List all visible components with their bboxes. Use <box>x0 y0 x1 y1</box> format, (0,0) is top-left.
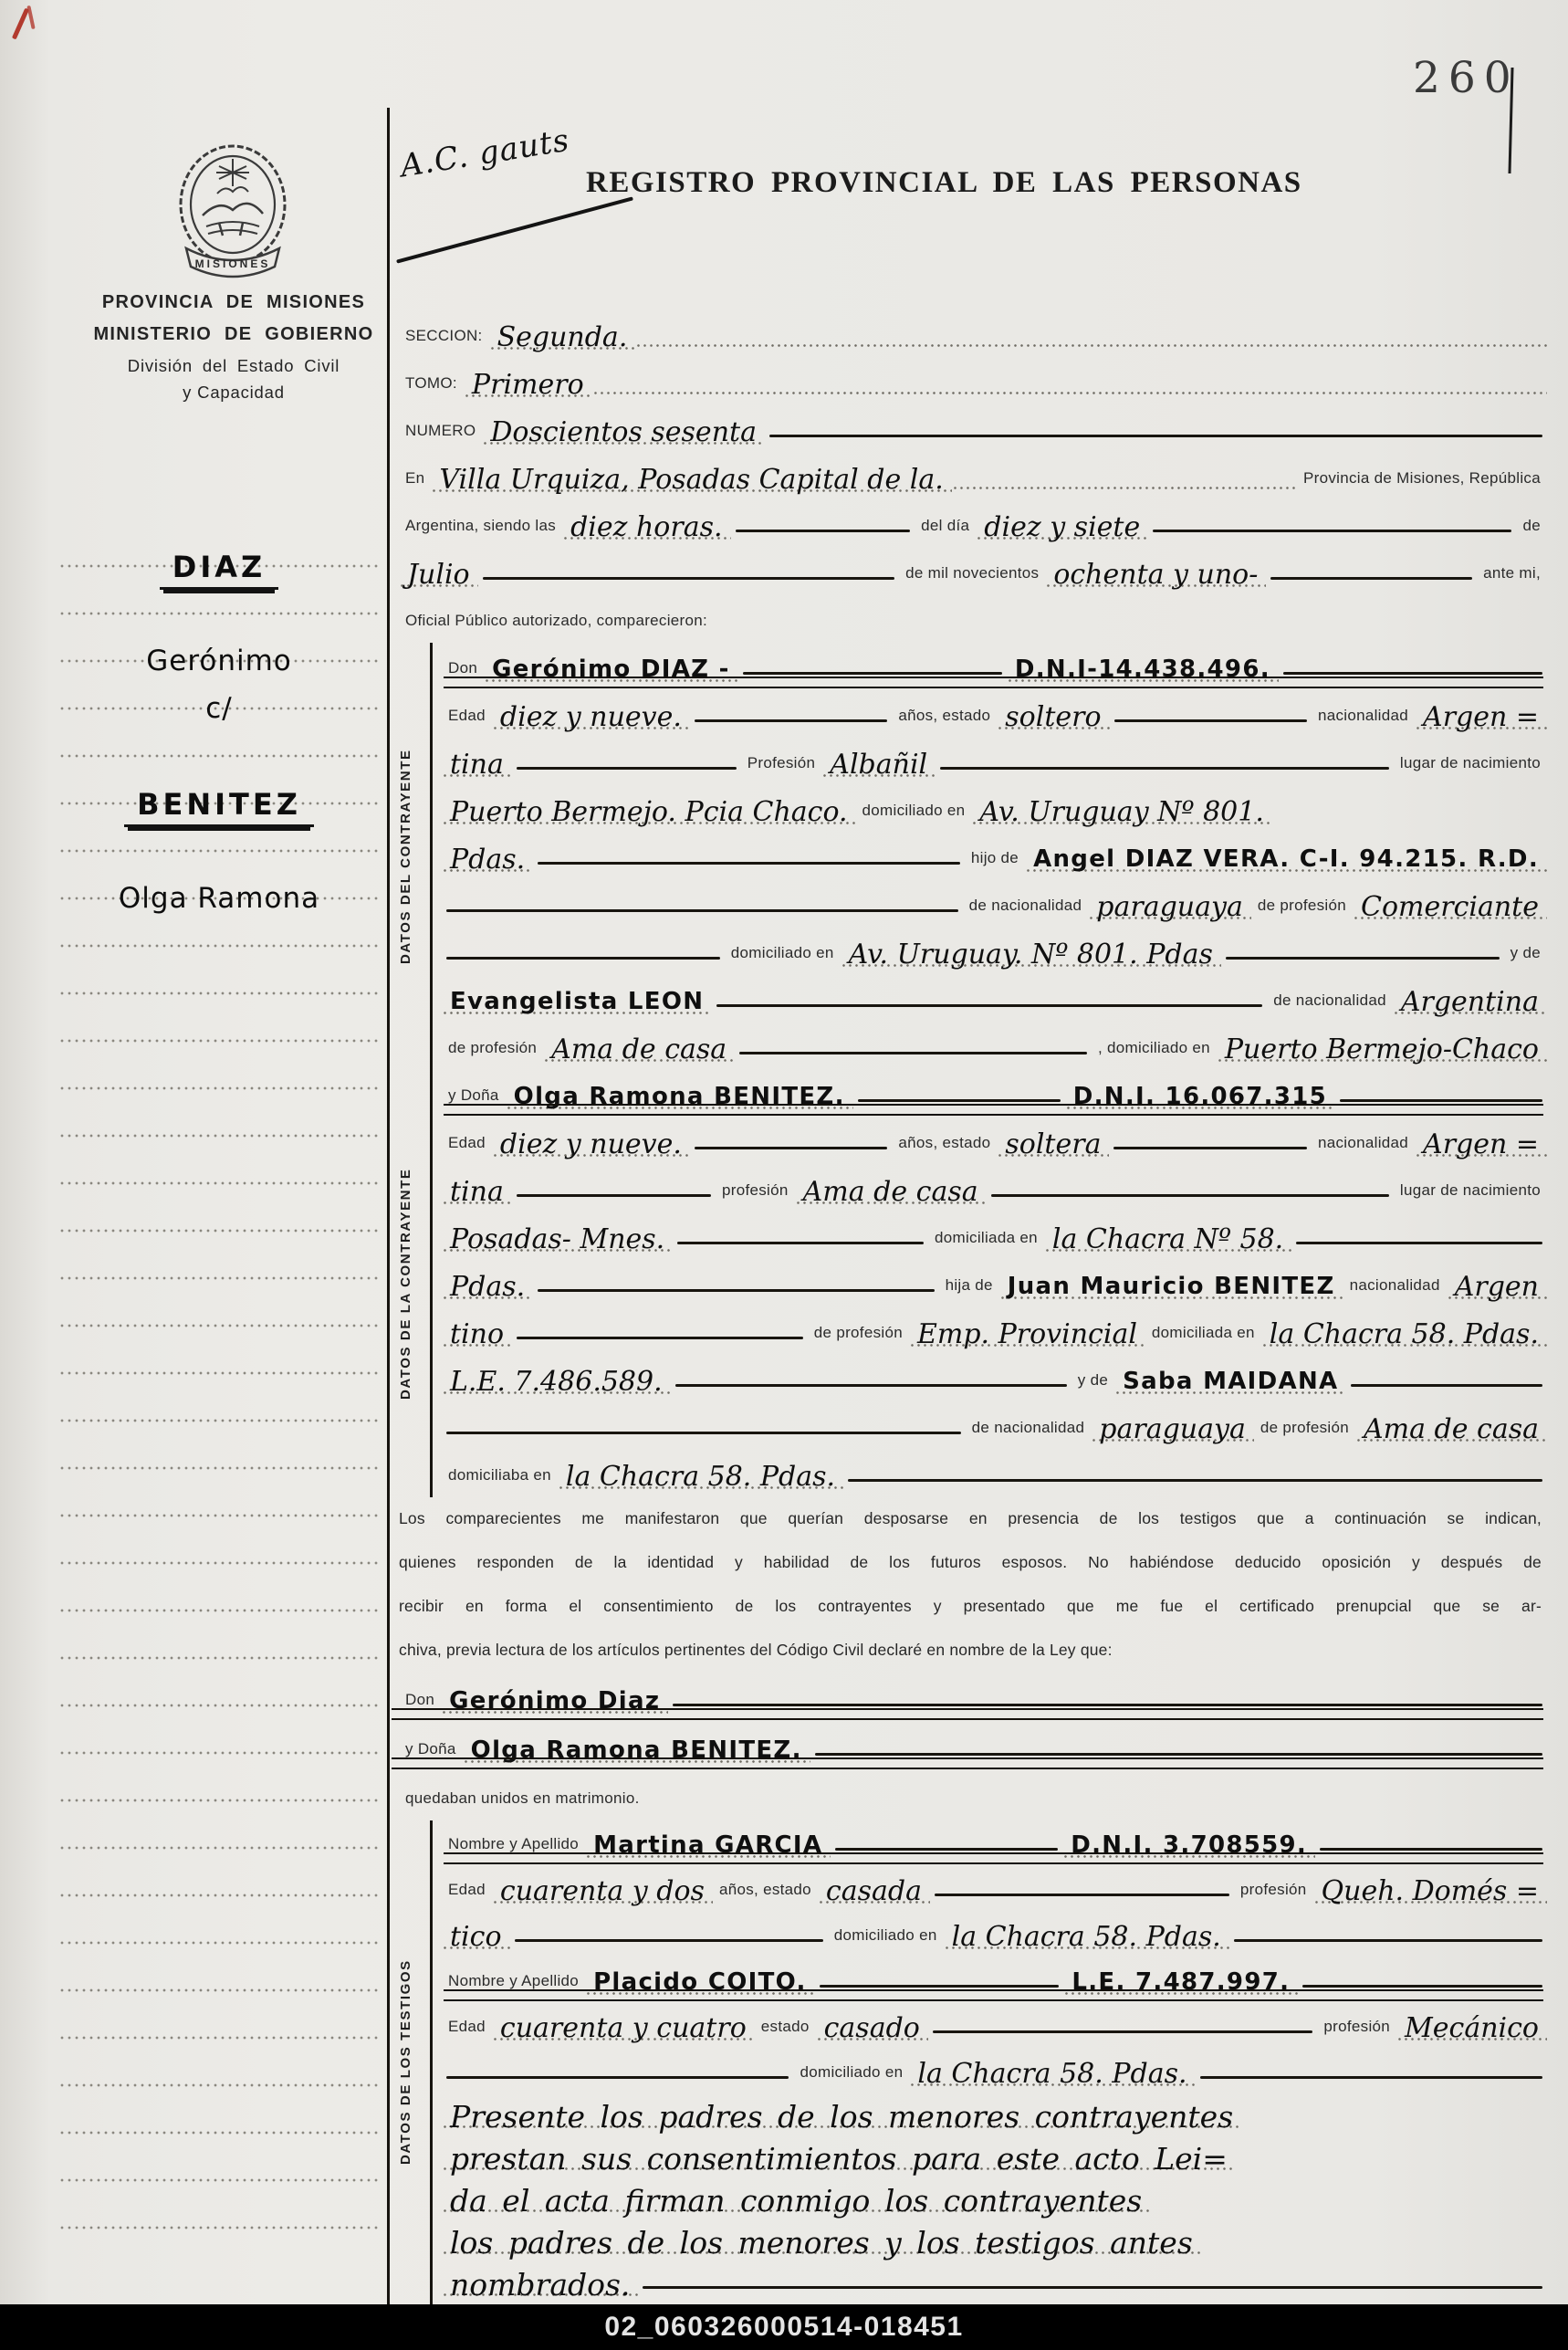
nmadre-domicilio: domiciliaba enla Chacra 58. Pdas. <box>442 1450 1547 1497</box>
handwritten-value: la Chacra 58. Pdas. <box>558 1461 843 1497</box>
handwritten-value: Av. Uruguay Nº 801. <box>971 796 1271 833</box>
official-initials-annotation: A.C. gauts <box>398 122 572 185</box>
handwritten-value: cuarenta y cuatro <box>492 2012 755 2049</box>
padre-nacionalidad-profesion: de nacionalidadparaguayade profesiónCome… <box>442 880 1547 928</box>
pen-dash <box>671 1355 1071 1402</box>
printed-label: de profesión <box>442 1039 543 1070</box>
case-name-text: Olga Ramona <box>106 882 332 918</box>
printed-label: de <box>1516 517 1547 548</box>
pen-dash <box>853 1070 1065 1117</box>
novio-padre: Pdas.hijo deAngel DIAZ VERA. C-I. 94.215… <box>442 833 1547 880</box>
novio-nombre: DonGerónimo DIAZ -D.N.I-14.438.496. <box>442 643 1547 690</box>
handwritten-value: da el acta firman conmigo los contrayent… <box>442 2183 1150 2220</box>
pen-dash <box>1229 1912 1547 1957</box>
declaracion-dona: y DoñaOlga Ramona BENITEZ. <box>390 1722 1547 1771</box>
novia-nacimiento-domicilio: Posadas- Mnes.domiciliada enla Chacra Nº… <box>442 1212 1547 1260</box>
pen-dash <box>1346 1355 1547 1402</box>
form-section: DATOS DE LA CONTRAYENTEy DoñaOlga Ramona… <box>390 1070 1547 1497</box>
printed-label: de nacionalidad <box>966 1419 1092 1450</box>
case-name-text: BENITEZ <box>124 787 314 827</box>
printed-label: SECCION: <box>399 327 489 358</box>
handwritten-value: L.E. 7.486.589. <box>442 1366 671 1402</box>
handwritten-name: Juan Mauricio BENITEZ <box>999 1273 1343 1307</box>
handwritten-value: diez y nueve. <box>492 1128 690 1165</box>
printed-label: nacionalidad <box>1312 707 1415 738</box>
handwritten-value: Pdas. <box>442 844 533 880</box>
page-number: 260 <box>1413 53 1520 103</box>
pen-dash <box>987 1165 1394 1212</box>
handwritten-value: paraguaya <box>1088 891 1251 928</box>
handwritten-value: Argen = <box>1415 701 1547 738</box>
pen-dash <box>690 1117 893 1165</box>
document-title: REGISTRO PROVINCIAL DE LAS PERSONAS <box>586 166 1302 200</box>
printed-label: Edad <box>442 707 492 738</box>
handwritten-name: Angel DIAZ VERA. C-I. 94.215. R.D. <box>1025 845 1547 880</box>
dotted-leader <box>952 453 1297 500</box>
printed-label: Profesión <box>741 754 822 785</box>
printed-label: Nombre y Apellido <box>442 1835 585 1866</box>
handwritten-value: Ama de casa <box>1355 1413 1547 1450</box>
testigo1-edad-estado: Edadcuarenta y dosaños, estadocasadaprof… <box>442 1866 1547 1912</box>
npadre-le-madre: L.E. 7.486.589.y deSaba MAIDANA <box>442 1355 1547 1402</box>
handwritten-value: Posadas- Mnes. <box>442 1223 673 1260</box>
pen-dash <box>815 1957 1064 2003</box>
printed-label: del día <box>915 517 976 548</box>
handwritten-value: soltera <box>997 1128 1109 1165</box>
handwritten-value: paraguaya <box>1091 1413 1254 1450</box>
annotation-underline-stroke <box>396 196 633 263</box>
legal-paragraph-line: chiva, previa lectura de los artículos p… <box>390 1629 1547 1673</box>
handwritten-name: Gerónimo DIAZ - <box>484 656 738 690</box>
legal-paragraph-line: quienes responden de la identidad y habi… <box>390 1541 1547 1585</box>
handwritten-value: Av. Uruguay. Nº 801. Pdas <box>841 939 1221 975</box>
case-name-text: c/ <box>193 692 246 728</box>
section-rows: y DoñaOlga Ramona BENITEZ.D.N.I. 16.067.… <box>430 1070 1547 1497</box>
pen-dash <box>930 1866 1234 1912</box>
novio-nacimiento-domicilio: Puerto Bermejo. Pcia Chaco.domiciliado e… <box>442 785 1547 833</box>
handwritten-value: nombrados. <box>442 2267 638 2304</box>
printed-label: domiciliada en <box>928 1229 1044 1260</box>
printed-label: Edad <box>442 1134 492 1165</box>
pen-dash <box>928 2003 1318 2049</box>
handwritten-value: la Chacra 58. Pdas. <box>944 1921 1229 1957</box>
pen-dash <box>442 2049 793 2094</box>
handwritten-value: Argen <box>1447 1271 1547 1307</box>
handwritten-value: Puerto Bermejo. Pcia Chaco. <box>442 796 856 833</box>
nmadre-nacionalidad-profesion: de nacionalidadparaguayade profesiónAma … <box>442 1402 1547 1450</box>
form-group: DonGerónimo Diazy DoñaOlga Ramona BENITE… <box>390 1673 1547 1820</box>
printed-label: Don <box>399 1691 441 1722</box>
printed-label: Oficial Público autorizado, compareciero… <box>399 612 714 643</box>
oficial: Oficial Público autorizado, compareciero… <box>390 595 1547 643</box>
handwritten-value: soltero <box>997 701 1109 738</box>
pen-dash <box>512 1165 716 1212</box>
novio-nacionalidad-profesion: tinaProfesiónAlbañillugar de nacimiento <box>442 738 1547 785</box>
handwritten-value: Primero <box>464 369 592 405</box>
org-block: PROVINCIA DE MISIONES MINISTERIO DE GOBI… <box>73 292 394 403</box>
handwritten-value: Pdas. <box>442 1271 533 1307</box>
seal-ribbon-text: MISIONES <box>195 257 271 270</box>
quedaban-unidos: quedaban unidos en matrimonio. <box>390 1771 1547 1820</box>
declaracion-don: DonGerónimo Diaz <box>390 1673 1547 1722</box>
form-group: Los comparecientes me manifestaron que q… <box>390 1497 1547 1673</box>
org-line-1: PROVINCIA DE MISIONES <box>73 292 394 313</box>
pen-dash <box>765 405 1547 453</box>
nota-4: los padres de los menores y los testigos… <box>442 2220 1547 2262</box>
handwritten-value: Argentina <box>1393 986 1547 1023</box>
printed-label: y de <box>1504 944 1547 975</box>
org-line-2: MINISTERIO DE GOBIERNO <box>73 324 394 345</box>
printed-label: de profesión <box>808 1324 909 1355</box>
case-name-line: c/ <box>57 692 382 728</box>
section-label-text: DATOS DE LA CONTRAYENTE <box>398 1070 413 1497</box>
handwritten-value: Comerciante <box>1353 891 1547 928</box>
scanned-marriage-certificate: 260 MISIONES PROVINCIA DE MISIONES MINIS… <box>0 0 1568 2350</box>
pen-dash <box>512 1307 808 1355</box>
handwritten-name: Saba MAIDANA <box>1114 1368 1346 1402</box>
handwritten-value: diez y siete <box>976 511 1148 548</box>
handwritten-name: Gerónimo Diaz <box>441 1687 668 1722</box>
handwritten-value: cuarenta y dos <box>492 1875 713 1912</box>
handwritten-name: Martina GARCIA <box>585 1831 831 1866</box>
printed-label: , domiciliado en <box>1092 1039 1217 1070</box>
printed-label: Nombre y Apellido <box>442 1972 585 2003</box>
nota-2: prestan sus consentimientos para este ac… <box>442 2136 1547 2178</box>
handwritten-value: Doscientos sesenta <box>482 416 765 453</box>
seccion: SECCION:Segunda. <box>390 310 1547 358</box>
dotted-leader <box>592 358 1547 405</box>
madre-profesion-domicilio: de profesiónAma de casa, domiciliado enP… <box>442 1023 1547 1070</box>
printed-label: y de <box>1071 1371 1114 1402</box>
dotted-leader <box>635 310 1547 358</box>
handwritten-value: diez y nueve. <box>492 701 690 738</box>
nota-3: da el acta firman conmigo los contrayent… <box>442 2178 1547 2220</box>
printed-label: de profesión <box>1254 1419 1355 1450</box>
printed-label: lugar de nacimiento <box>1394 1181 1547 1212</box>
section-rows: Nombre y ApellidoMartina GARCIAD.N.I. 3.… <box>430 1820 1547 2304</box>
handwritten-value: diez horas. <box>562 511 730 548</box>
handwritten-value: Mecánico <box>1396 2012 1547 2049</box>
pen-dash <box>533 833 965 880</box>
handwritten-name: Olga Ramona BENITEZ. <box>506 1083 853 1117</box>
pen-dash <box>936 738 1394 785</box>
printed-label: hijo de <box>965 849 1025 880</box>
pen-dash <box>1279 643 1547 690</box>
novio-madre: Evangelista LEONde nacionalidadArgentina <box>442 975 1547 1023</box>
case-name-line: Gerónimo <box>57 645 382 680</box>
misiones-seal: MISIONES <box>173 139 292 285</box>
printed-label: profesión <box>1317 2018 1396 2049</box>
printed-label: de profesión <box>1251 897 1353 928</box>
handwritten-name: Evangelista LEON <box>442 988 712 1023</box>
case-name-text: Gerónimo <box>133 645 305 680</box>
pen-dash <box>1196 2049 1547 2094</box>
handwritten-value: Queh. Domés = <box>1313 1875 1547 1912</box>
handwritten-value: Segunda. <box>489 321 636 358</box>
pen-dash <box>1291 1212 1547 1260</box>
legal-paragraph-line: recibir en forma el consentimiento de lo… <box>390 1585 1547 1629</box>
handwritten-name: D.N.I. 3.708559. <box>1062 1831 1315 1866</box>
printed-label: de nacionalidad <box>1267 991 1393 1023</box>
org-line-4: y Capacidad <box>73 383 394 403</box>
pen-dash <box>673 1212 928 1260</box>
handwritten-value: casada <box>818 1875 930 1912</box>
fecha-mes-anio: Juliode mil novecientosochenta y uno-ant… <box>390 548 1547 595</box>
case-name-line: BENITEZ <box>57 787 382 827</box>
form-section: DATOS DE LOS TESTIGOSNombre y ApellidoMa… <box>390 1820 1547 2304</box>
margin-ruled-area: DIAZGerónimoc/BENITEZOlga Ramona <box>57 548 382 2257</box>
testigo2-nombre: Nombre y ApellidoPlacido COITO.L.E. 7.48… <box>442 1957 1547 2003</box>
digitization-stamp-text: 02_060326000514-018451 <box>604 2312 963 2343</box>
handwritten-value: Argen = <box>1415 1128 1547 1165</box>
lugar: EnVilla Urquiza, Posadas Capital de la.P… <box>390 453 1547 500</box>
printed-label: domiciliado en <box>793 2063 909 2094</box>
handwritten-value: Emp. Provincial <box>909 1318 1145 1355</box>
printed-label: TOMO: <box>399 374 464 405</box>
form-group: SECCION:Segunda.TOMO:PrimeroNUMERODoscie… <box>390 310 1547 643</box>
pen-dash <box>442 1402 966 1450</box>
digitization-bar: 02_060326000514-018451 <box>0 2304 1568 2350</box>
printed-label: domiciliado en <box>828 1926 944 1957</box>
pen-dash <box>1315 1820 1547 1866</box>
handwritten-value: Villa Urquiza, Posadas Capital de la. <box>431 464 951 500</box>
printed-label: años, estado <box>892 1134 997 1165</box>
pen-dash <box>738 643 1007 690</box>
handwritten-value: la Chacra 58. Pdas. <box>909 2058 1195 2094</box>
testigo1-nombre: Nombre y ApellidoMartina GARCIAD.N.I. 3.… <box>442 1820 1547 1866</box>
printed-label: NUMERO <box>399 422 482 453</box>
pen-dash <box>510 1912 828 1957</box>
pen-dash <box>478 548 900 595</box>
printed-label: domiciliaba en <box>442 1466 558 1497</box>
handwritten-value: Ama de casa <box>795 1176 987 1212</box>
form-section: DATOS DEL CONTRAYENTEDonGerónimo DIAZ -D… <box>390 643 1547 1070</box>
handwritten-name: Placido COITO. <box>585 1968 815 2003</box>
pen-dash <box>1110 690 1312 738</box>
printed-label: Edad <box>442 2018 492 2049</box>
novia-nombre: y DoñaOlga Ramona BENITEZ.D.N.I. 16.067.… <box>442 1070 1547 1117</box>
legal-paragraph-line: Los comparecientes me manifestaron que q… <box>390 1497 1547 1541</box>
section-label-text: DATOS DE LOS TESTIGOS <box>398 1820 413 2304</box>
printed-label: y Doña <box>399 1740 463 1771</box>
testigo2-edad-estado: Edadcuarenta y cuatroestadocasadoprofesi… <box>442 2003 1547 2049</box>
handwritten-value: casado <box>816 2012 928 2049</box>
printed-label: de nacionalidad <box>963 897 1089 928</box>
printed-label: ante mi, <box>1477 564 1547 595</box>
case-name-text: DIAZ <box>160 550 278 590</box>
printed-label: domiciliada en <box>1145 1324 1261 1355</box>
printed-label: Argentina, siendo las <box>399 517 562 548</box>
handwritten-name: D.N.I-14.438.496. <box>1007 656 1279 690</box>
pen-dash <box>843 1450 1547 1497</box>
handwritten-value: Puerto Bermejo-Chaco <box>1217 1033 1547 1070</box>
tomo: TOMO:Primero <box>390 358 1547 405</box>
pen-dash <box>442 880 963 928</box>
section-label-text: DATOS DEL CONTRAYENTE <box>398 643 413 1070</box>
novia-edad-estado: Edaddiez y nueve.años, estadosolteranaci… <box>442 1117 1547 1165</box>
novia-padre: Pdas.hija deJuan Mauricio BENITEZnaciona… <box>442 1260 1547 1307</box>
pen-dash <box>1335 1070 1547 1117</box>
handwritten-value: tina <box>442 1176 512 1212</box>
pen-dash <box>1298 1957 1547 2003</box>
pen-dash <box>533 1260 938 1307</box>
red-pen-mark <box>13 5 44 42</box>
pen-dash <box>1221 928 1504 975</box>
printed-label: y Doña <box>442 1086 506 1117</box>
printed-label: años, estado <box>713 1881 818 1912</box>
section-vertical-label: DATOS DE LA CONTRAYENTE <box>390 1070 430 1497</box>
case-name-line: Olga Ramona <box>57 882 382 918</box>
printed-label: quedaban unidos en matrimonio. <box>399 1789 646 1820</box>
novio-edad-estado: Edaddiez y nueve.años, estadosolteronaci… <box>442 690 1547 738</box>
pen-dash <box>512 738 741 785</box>
pen-dash <box>1266 548 1477 595</box>
pen-dash <box>831 1820 1062 1866</box>
handwritten-value: prestan sus consentimientos para este ac… <box>442 2141 1236 2178</box>
pen-dash <box>668 1673 1547 1722</box>
handwritten-value: tico <box>442 1921 510 1957</box>
fecha-hora-dia: Argentina, siendo lasdiez horas.del díad… <box>390 500 1547 548</box>
printed-label: hija de <box>939 1276 999 1307</box>
handwritten-name: L.E. 7.487.997. <box>1063 1968 1298 2003</box>
printed-label: nacionalidad <box>1343 1276 1447 1307</box>
printed-label: lugar de nacimiento <box>1394 754 1547 785</box>
case-name-line: DIAZ <box>57 550 382 590</box>
handwritten-value: tino <box>442 1318 512 1355</box>
printed-label: de mil novecientos <box>899 564 1045 595</box>
printed-label: nacionalidad <box>1312 1134 1415 1165</box>
handwritten-value: tina <box>442 749 512 785</box>
handwritten-value: ochenta y uno- <box>1045 559 1266 595</box>
pen-dash <box>690 690 892 738</box>
handwritten-value: Albañil <box>821 749 936 785</box>
printed-label: profesión <box>716 1181 795 1212</box>
section-vertical-label: DATOS DE LOS TESTIGOS <box>390 1820 430 2304</box>
handwritten-value: Julio <box>399 559 478 595</box>
handwritten-name: Olga Ramona BENITEZ. <box>463 1736 810 1771</box>
handwritten-value: Presente los padres de los menores contr… <box>442 2099 1241 2136</box>
pen-dash <box>712 975 1267 1023</box>
pen-dash <box>442 928 725 975</box>
printed-label: años, estado <box>892 707 997 738</box>
testigo2-domicilio: domiciliado enla Chacra 58. Pdas. <box>442 2049 1547 2094</box>
org-line-3: División del Estado Civil <box>73 356 394 376</box>
pen-dash <box>1109 1117 1312 1165</box>
printed-label: Provincia de Misiones, República <box>1297 469 1547 500</box>
handwritten-value: la Chacra Nº 58. <box>1044 1223 1291 1260</box>
handwritten-value: la Chacra 58. Pdas. <box>1261 1318 1547 1355</box>
npadre-profesion-domicilio: tinode profesiónEmp. Provincialdomicilia… <box>442 1307 1547 1355</box>
novia-nacionalidad-profesion: tinaprofesiónAma de casalugar de nacimie… <box>442 1165 1547 1212</box>
pen-dash <box>735 1023 1092 1070</box>
handwritten-name: D.N.I. 16.067.315 <box>1065 1083 1335 1117</box>
pen-dash <box>1148 500 1516 548</box>
printed-label: domiciliado en <box>856 802 972 833</box>
pen-dash <box>731 500 915 548</box>
printed-label: domiciliado en <box>725 944 841 975</box>
form-body: SECCION:Segunda.TOMO:PrimeroNUMERODoscie… <box>390 310 1547 2304</box>
padre-domicilio: domiciliado enAv. Uruguay. Nº 801. Pdasy… <box>442 928 1547 975</box>
nota-5: nombrados. <box>442 2262 1547 2304</box>
pen-dash <box>810 1722 1547 1771</box>
printed-label: estado <box>755 2018 816 2049</box>
section-vertical-label: DATOS DEL CONTRAYENTE <box>390 643 430 1070</box>
printed-label: Edad <box>442 1881 492 1912</box>
section-rows: DonGerónimo DIAZ -D.N.I-14.438.496.Edadd… <box>430 643 1547 1070</box>
printed-label: Don <box>442 659 484 690</box>
handwritten-value: Ama de casa <box>543 1033 735 1070</box>
printed-label: En <box>399 469 431 500</box>
testigo1-domicilio: ticodomiciliado enla Chacra 58. Pdas. <box>442 1912 1547 1957</box>
pen-dash <box>638 2262 1547 2304</box>
nota-1: Presente los padres de los menores contr… <box>442 2094 1547 2136</box>
handwritten-value: los padres de los menores y los testigos… <box>442 2225 1201 2262</box>
printed-label: profesión <box>1234 1881 1313 1912</box>
numero: NUMERODoscientos sesenta <box>390 405 1547 453</box>
